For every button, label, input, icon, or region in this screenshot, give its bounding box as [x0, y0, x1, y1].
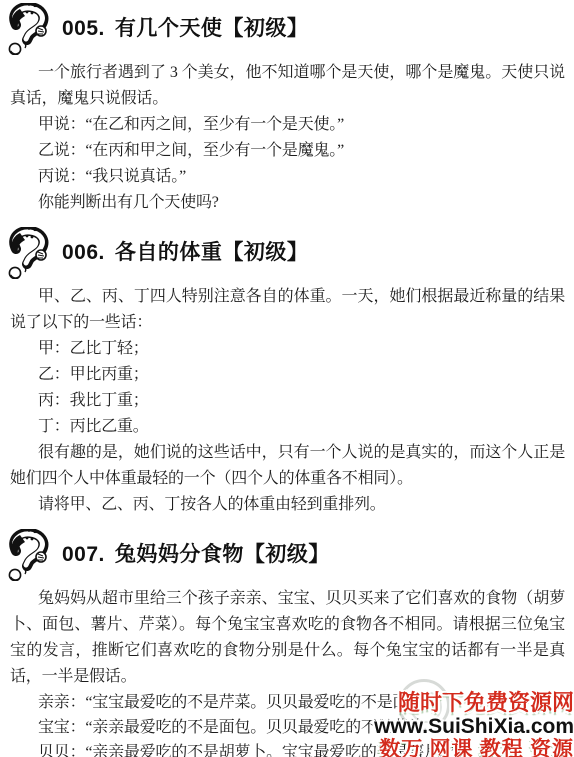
- question-mark-mascot-icon: [4, 3, 52, 55]
- statement-line: 乙说：“在丙和甲之间，至少有一个是魔鬼。”: [10, 138, 565, 164]
- intro-paragraph: 一个旅行者遇到了 3 个美女，他不知道哪个是天使，哪个是魔鬼。天使只说真话，魔鬼…: [10, 60, 565, 112]
- intro-paragraph: 甲、乙、丙、丁四人特别注意各自的体重。一天，她们根据最近称量的结果说了以下的一些…: [10, 284, 565, 336]
- section-header: 005.有几个天使【初级】: [4, 4, 574, 54]
- section-number: 007.: [62, 543, 105, 566]
- statement-line: 丙：我比丁重；: [10, 388, 565, 414]
- section-title: 006.各自的体重【初级】: [62, 240, 308, 266]
- section-number: 005.: [62, 17, 105, 40]
- section-number: 006.: [62, 241, 105, 264]
- section-title: 007.兔妈妈分食物【初级】: [62, 542, 330, 568]
- section-title: 005.有几个天使【初级】: [62, 16, 308, 42]
- statement-line: 丁：丙比乙重。: [10, 414, 565, 440]
- section-header: 006.各自的体重【初级】: [4, 228, 574, 278]
- section-title-text: 有几个天使【初级】: [115, 17, 309, 40]
- question-line: 你能判断出有几个天使吗?: [10, 190, 565, 216]
- question-mark-mascot-icon: [4, 529, 52, 581]
- section-header: 007.兔妈妈分食物【初级】: [4, 530, 574, 580]
- scanned-book-page: 005.有几个天使【初级】 一个旅行者遇到了 3 个美女，他不知道哪个是天使，哪…: [0, 4, 574, 757]
- statement-line: 甲：乙比丁轻；: [10, 336, 565, 362]
- puzzle-section-006: 006.各自的体重【初级】 甲、乙、丙、丁四人特别注意各自的体重。一天，她们根据…: [0, 228, 574, 518]
- statement-line: 乙：甲比丙重；: [10, 362, 565, 388]
- puzzle-section-005: 005.有几个天使【初级】 一个旅行者遇到了 3 个美女，他不知道哪个是天使，哪…: [0, 4, 574, 216]
- section-title-text: 兔妈妈分食物【初级】: [115, 543, 330, 566]
- statement-line: 宝宝：“亲亲最爱吃的不是面包。贝贝最爱吃的不是薯片。”: [10, 715, 565, 740]
- statement-line: 贝贝：“亲亲最爱吃的不是胡萝卜。宝宝最爱吃的不是薯片。”: [10, 740, 565, 757]
- puzzle-section-007: 007.兔妈妈分食物【初级】 兔妈妈从超市里给三个孩子亲亲、宝宝、贝贝买来了它们…: [0, 530, 574, 757]
- statement-line: 亲亲：“宝宝最爱吃的不是芹菜。贝贝最爱吃的不是面包。”: [10, 690, 565, 715]
- statement-line: 甲说：“在乙和丙之间，至少有一个是天使。”: [10, 112, 565, 138]
- task-line: 请将甲、乙、丙、丁按各人的体重由轻到重排列。: [10, 492, 565, 518]
- explanation-paragraph: 很有趣的是，她们说的这些话中，只有一个人说的是真实的，而这个人正是她们四个人中体…: [10, 440, 565, 492]
- section-title-text: 各自的体重【初级】: [115, 241, 309, 264]
- intro-paragraph: 兔妈妈从超市里给三个孩子亲亲、宝宝、贝贝买来了它们喜欢的食物（胡萝卜、面包、薯片…: [10, 586, 565, 690]
- question-mark-mascot-icon: [4, 227, 52, 279]
- statement-line: 丙说：“我只说真话。”: [10, 164, 565, 190]
